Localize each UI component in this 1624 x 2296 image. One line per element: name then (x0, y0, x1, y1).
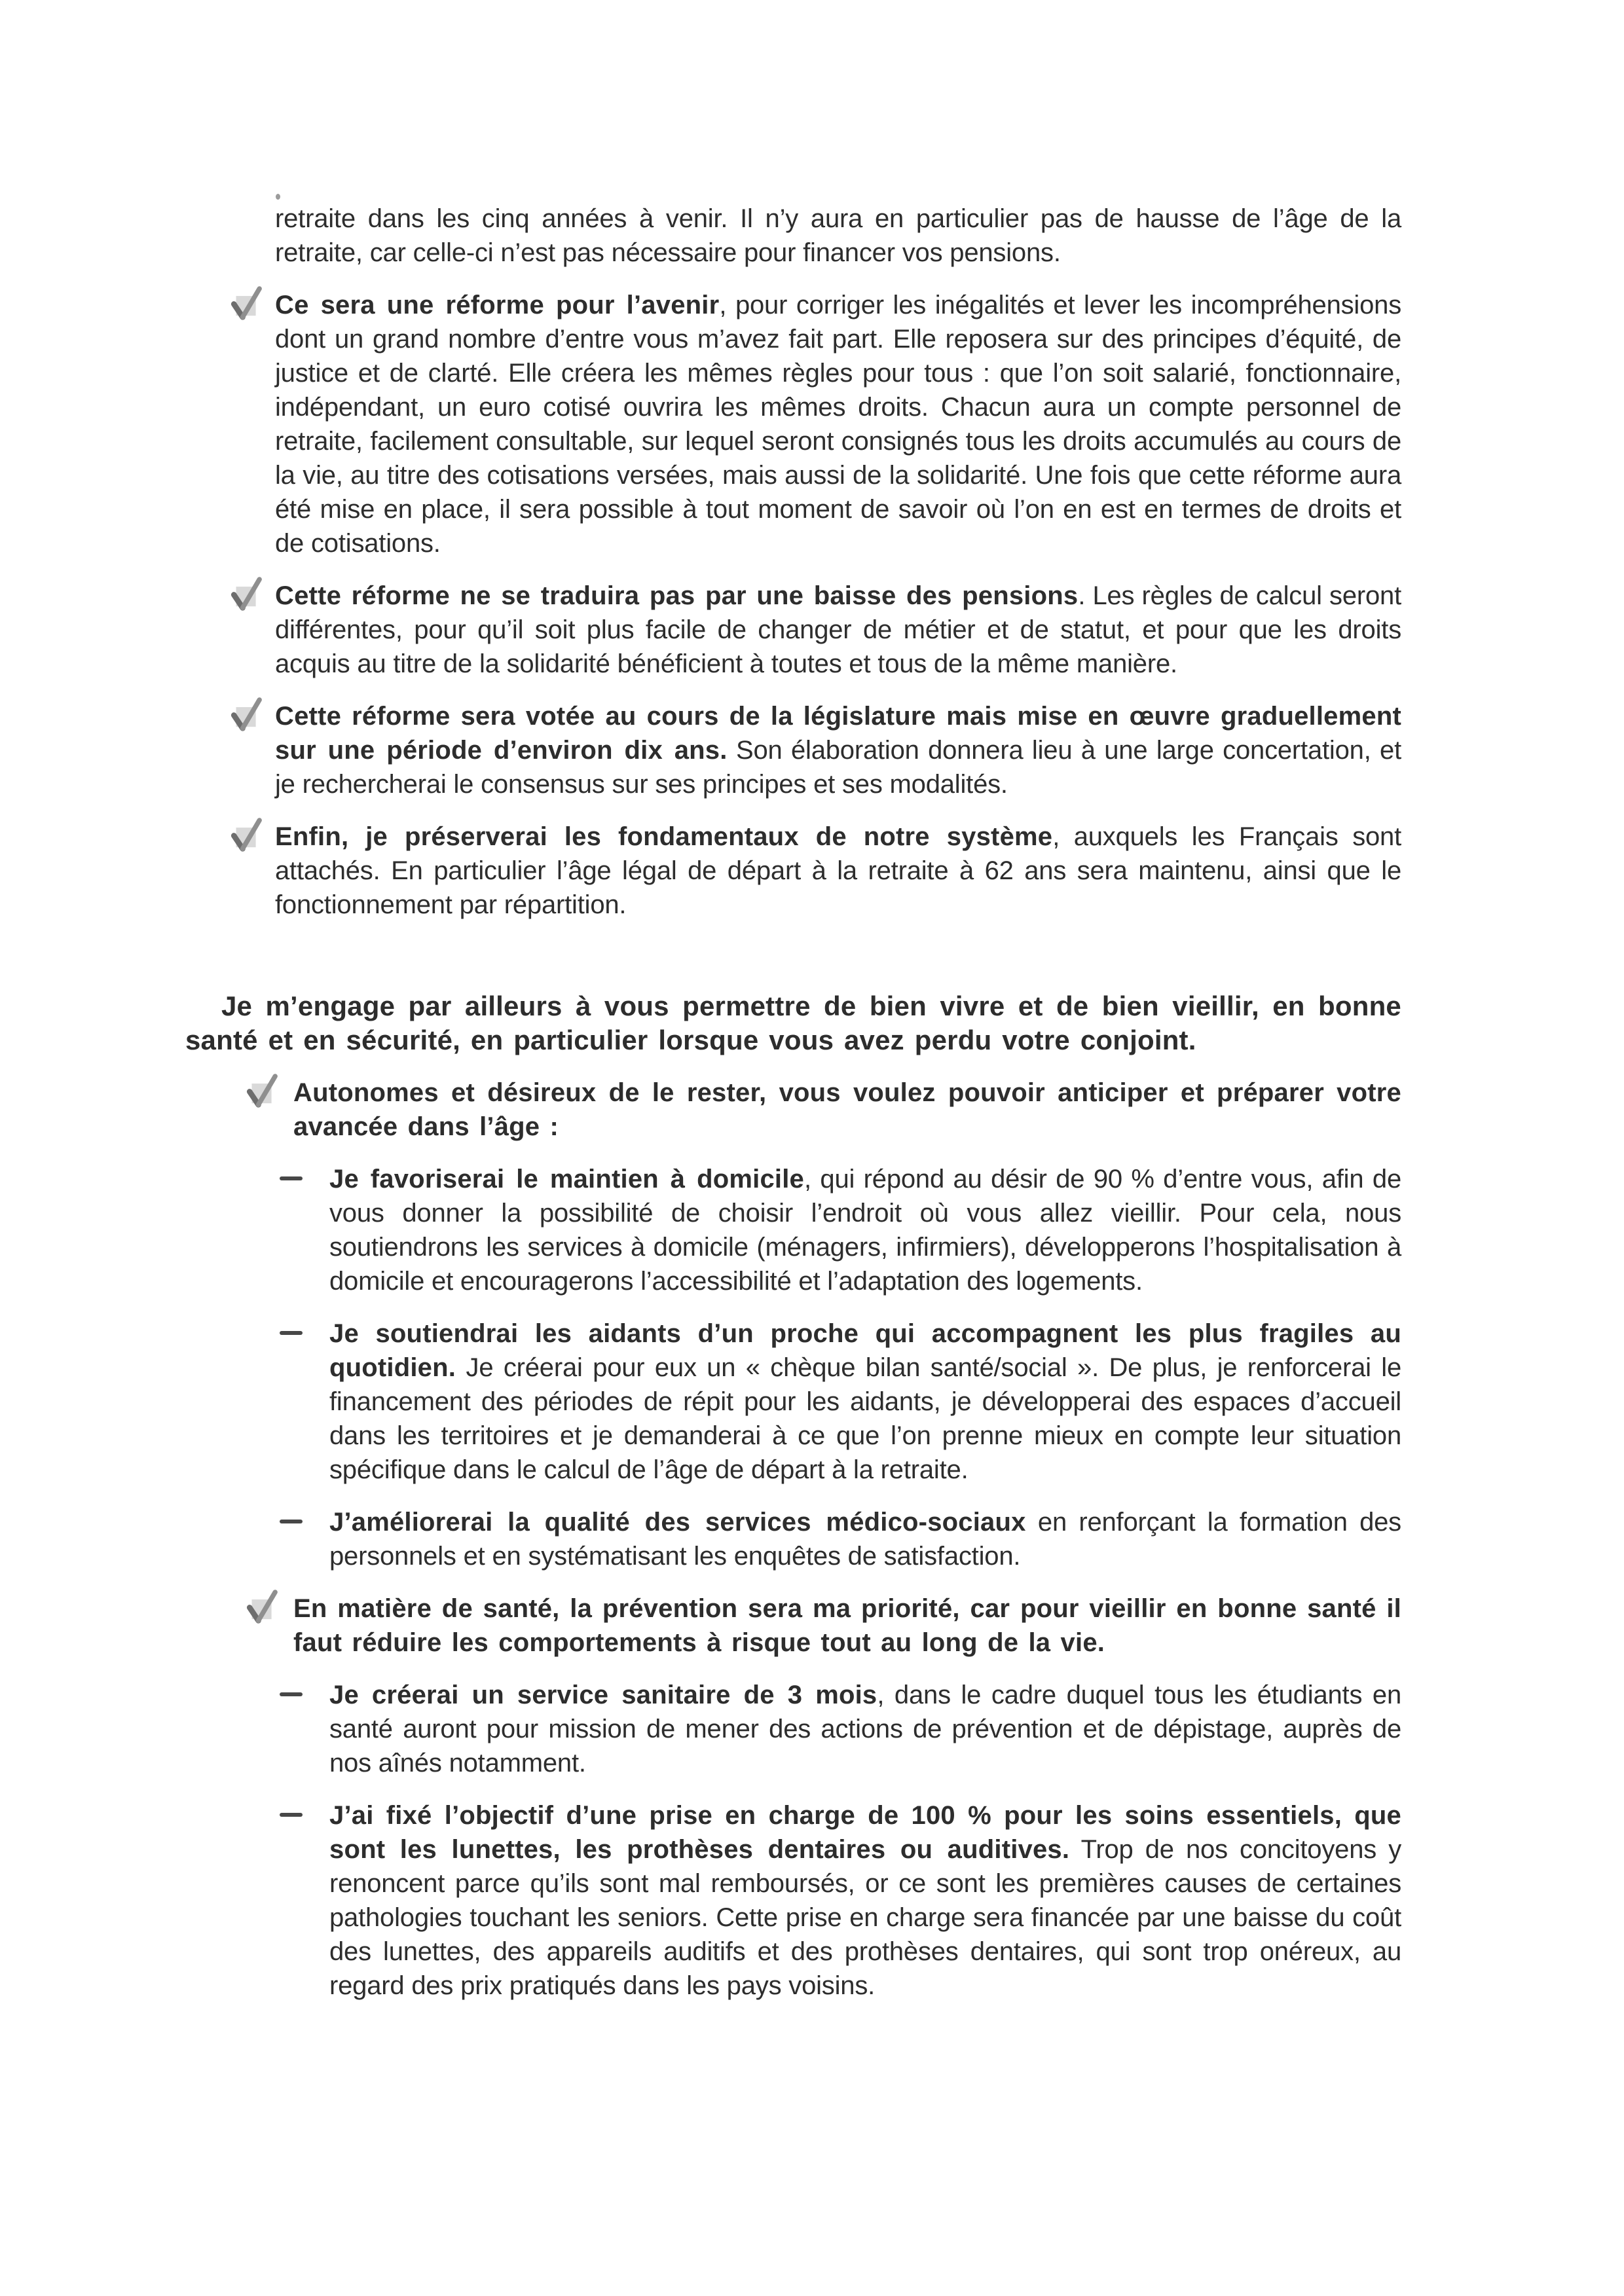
checklist-item: Cette réforme ne se traduira pas par une… (275, 579, 1401, 681)
checklist-item: Enfin, je préserverai les fondamentaux d… (275, 820, 1401, 922)
item-text: Cette réforme ne se traduira pas par une… (275, 579, 1401, 681)
engagement-paragraph: Je m’engage par ailleurs à vous permettr… (185, 989, 1401, 1057)
item-lead-text: J’améliorerai la qualité des services mé… (329, 1508, 1026, 1537)
item-lead-text: Ce sera une réforme pour l’avenir (275, 291, 719, 319)
check-icon (228, 283, 263, 321)
item-text: En matière de santé, la prévention sera … (293, 1592, 1401, 1660)
check-icon (228, 814, 263, 852)
paragraph-text: Je m’engage par ailleurs à vous permettr… (185, 989, 1401, 1057)
dash-icon (280, 1692, 303, 1696)
item-body-text: retraite dans les cinq années à venir. I… (275, 204, 1401, 267)
dash-list-item: Je soutiendrai les aidants d’un proche q… (329, 1317, 1401, 1487)
item-lead-text: Je m’engage par ailleurs à vous permettr… (185, 991, 1401, 1055)
dash-list-item: J’ai fixé l’objectif d’une prise en char… (329, 1798, 1401, 2003)
item-text: Autonomes et désireux de le rester, vous… (293, 1076, 1401, 1144)
check-icon (228, 574, 263, 611)
item-text: J’améliorerai la qualité des services mé… (329, 1505, 1401, 1573)
item-lead-text: Je favoriserai le maintien à domicile (329, 1165, 804, 1194)
dash-list-item: Je créerai un service sanitaire de 3 moi… (329, 1678, 1401, 1780)
document-page: retraite dans les cinq années à venir. I… (0, 0, 1624, 2296)
item-lead-text: En matière de santé, la prévention sera … (293, 1594, 1401, 1657)
scan-artifact-dot (276, 194, 280, 200)
dash-list-item: J’améliorerai la qualité des services mé… (329, 1505, 1401, 1573)
checklist-item: Autonomes et désireux de le rester, vous… (293, 1076, 1401, 1144)
checklist-item: En matière de santé, la prévention sera … (293, 1592, 1401, 1660)
item-text: Enfin, je préserverai les fondamentaux d… (275, 820, 1401, 922)
dash-list-item: Je favoriserai le maintien à domicile, q… (329, 1162, 1401, 1298)
item-text: Cette réforme sera votée au cours de la … (275, 699, 1401, 801)
check-icon (244, 1586, 279, 1624)
item-body-text: , pour corriger les inégalités et lever … (275, 291, 1401, 558)
dash-icon (280, 1520, 303, 1523)
item-text: Je créerai un service sanitaire de 3 moi… (329, 1678, 1401, 1780)
check-icon (244, 1070, 279, 1108)
item-lead-text: Je créerai un service sanitaire de 3 moi… (329, 1681, 877, 1709)
checklist-item: Ce sera une réforme pour l’avenir, pour … (275, 288, 1401, 560)
paragraph-text: retraite dans les cinq années à venir. I… (275, 202, 1401, 270)
dash-icon (280, 1176, 303, 1180)
checklist-item: Cette réforme sera votée au cours de la … (275, 699, 1401, 801)
check-icon (228, 694, 263, 732)
intro-paragraph: retraite dans les cinq années à venir. I… (275, 202, 1401, 270)
item-text: Ce sera une réforme pour l’avenir, pour … (275, 288, 1401, 560)
item-text: Je favoriserai le maintien à domicile, q… (329, 1162, 1401, 1298)
item-text: Je soutiendrai les aidants d’un proche q… (329, 1317, 1401, 1487)
item-lead-text: Autonomes et désireux de le rester, vous… (293, 1078, 1401, 1141)
dash-icon (280, 1813, 303, 1817)
dash-icon (280, 1331, 303, 1335)
item-lead-text: Enfin, je préserverai les fondamentaux d… (275, 822, 1052, 851)
item-lead-text: Cette réforme ne se traduira pas par une… (275, 581, 1078, 610)
item-text: J’ai fixé l’objectif d’une prise en char… (329, 1798, 1401, 2003)
item-body-text: Je créerai pour eux un « chèque bilan sa… (329, 1353, 1401, 1484)
